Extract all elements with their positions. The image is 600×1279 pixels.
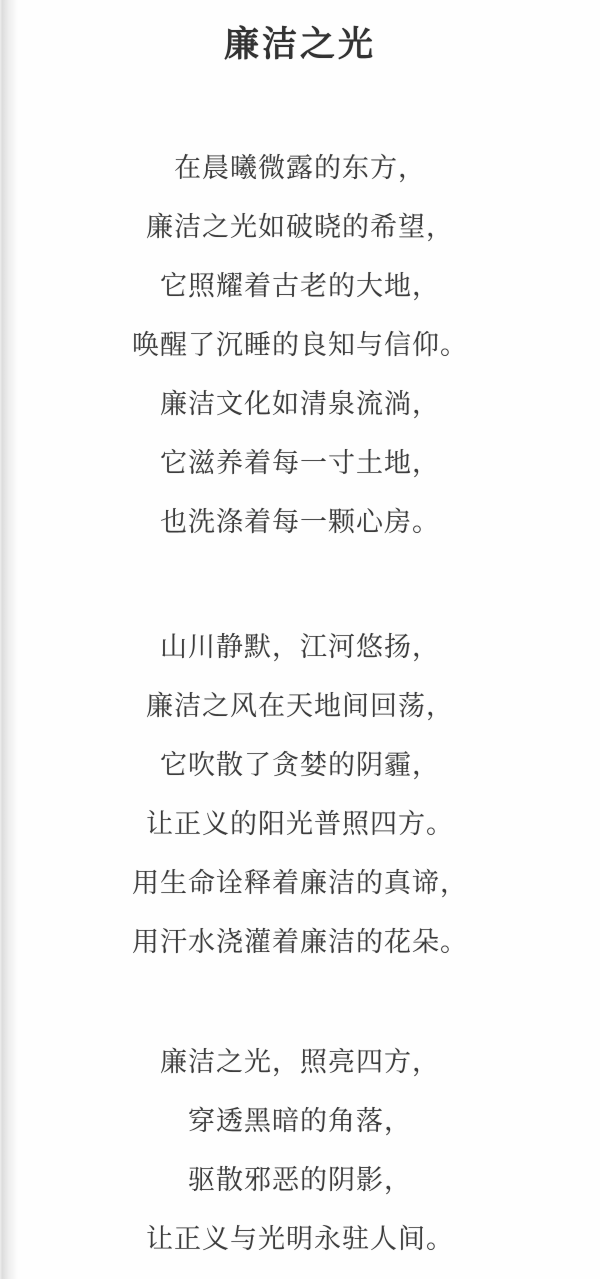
poem-line: 廉洁之光如破晓的希望， (0, 198, 600, 257)
poem-line: 用生命诠释着廉洁的真谛， (0, 854, 600, 913)
poem-line: 唤醒了沉睡的良知与信仰。 (0, 316, 600, 375)
poem-line: 它滋养着每一寸土地， (0, 434, 600, 493)
poem-line: 在晨曦微露的东方， (0, 139, 600, 198)
poem-line: 廉洁文化如清泉流淌， (0, 375, 600, 434)
poem-stanza-3: 廉洁之光，照亮四方， 穿透黑暗的角落， 驱散邪恶的阴影， 让正义与光明永驻人间。 (0, 1033, 600, 1269)
poem-line: 廉洁之光，照亮四方， (0, 1033, 600, 1092)
document-page: 廉洁之光 在晨曦微露的东方， 廉洁之光如破晓的希望， 它照耀着古老的大地， 唤醒… (0, 0, 600, 1279)
poem-line: 让正义的阳光普照四方。 (0, 795, 600, 854)
poem-stanza-2: 山川静默，江河悠扬， 廉洁之风在天地间回荡， 它吹散了贪婪的阴霾， 让正义的阳光… (0, 618, 600, 972)
poem-line: 它照耀着古老的大地， (0, 257, 600, 316)
poem-line: 廉洁之风在天地间回荡， (0, 677, 600, 736)
poem-stanza-1: 在晨曦微露的东方， 廉洁之光如破晓的希望， 它照耀着古老的大地， 唤醒了沉睡的良… (0, 139, 600, 552)
poem-line: 也洗涤着每一颗心房。 (0, 493, 600, 552)
poem-line: 让正义与光明永驻人间。 (0, 1210, 600, 1269)
poem-line: 穿透黑暗的角落， (0, 1092, 600, 1151)
poem-line: 山川静默，江河悠扬， (0, 618, 600, 677)
poem-title: 廉洁之光 (0, 0, 600, 68)
poem-line: 用汗水浇灌着廉洁的花朵。 (0, 913, 600, 972)
poem-line: 它吹散了贪婪的阴霾， (0, 736, 600, 795)
poem-line: 驱散邪恶的阴影， (0, 1151, 600, 1210)
